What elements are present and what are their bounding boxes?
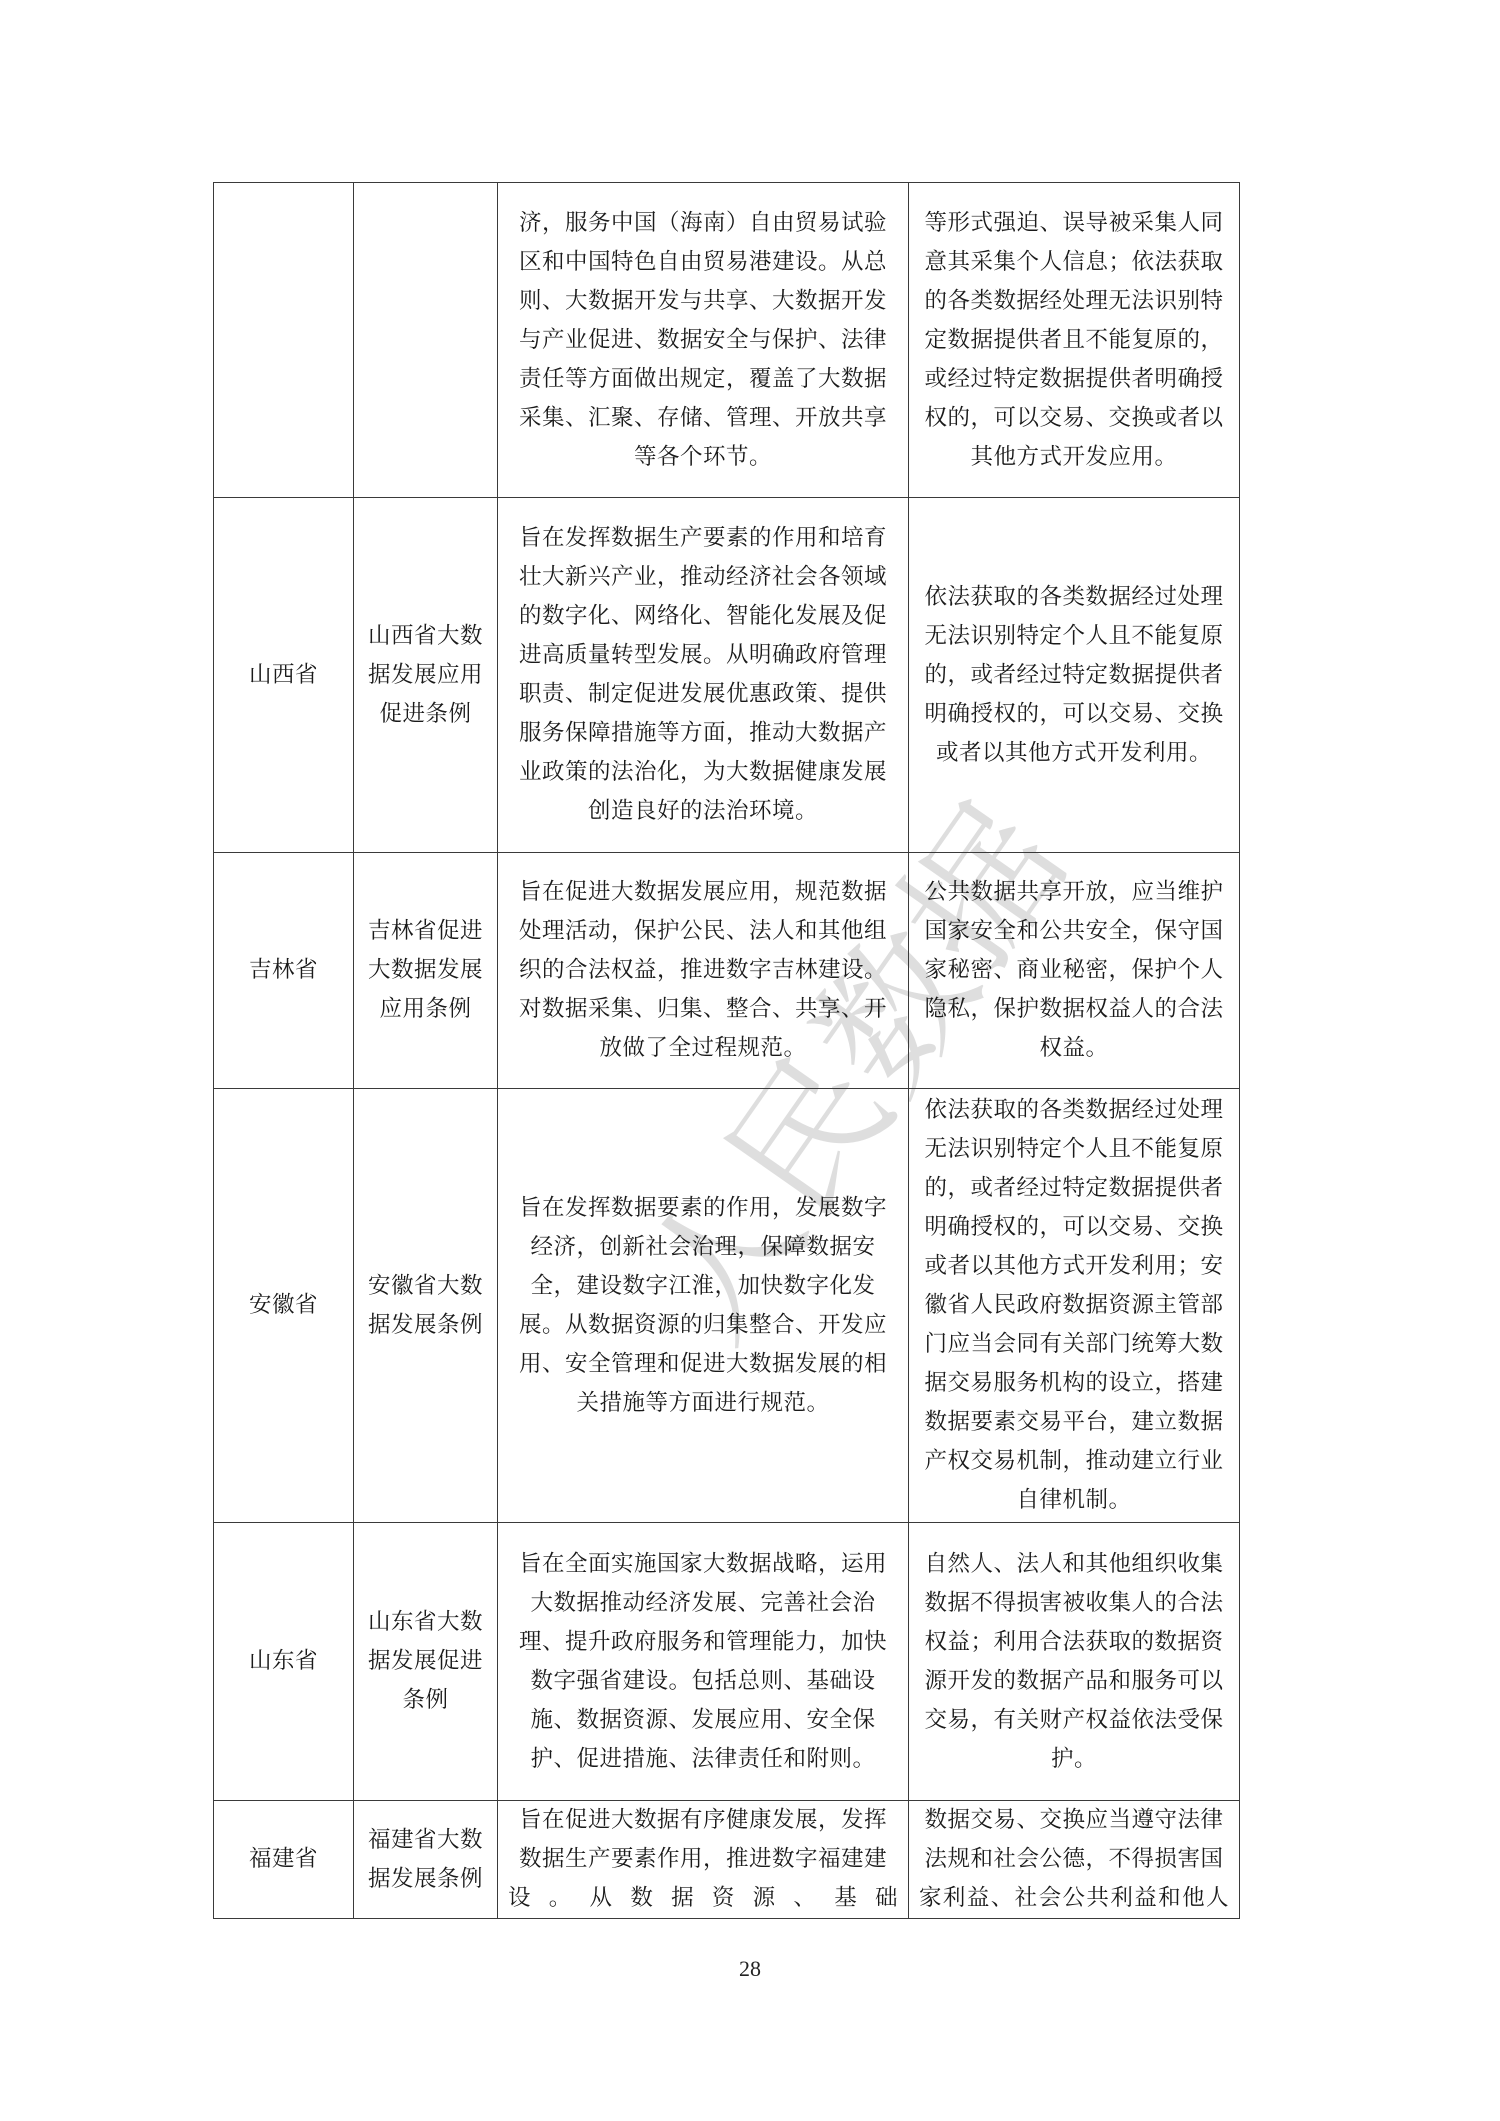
summary-cell: 旨在全面实施国家大数据战略，运用大数据推动经济发展、完善社会治理、提升政府服务和… (498, 1523, 909, 1801)
province-cell: 吉林省 (214, 853, 354, 1089)
summary-cell: 旨在促进大数据有序健康发展，发挥数据生产要素作用，推进数字福建建设。从数据资源、… (498, 1801, 909, 1919)
document-page: 人民数据 济，服务中国（海南）自由贸易试验区和中国特色自由贸易港建设。从总则、大… (0, 0, 1500, 2121)
province-cell: 山东省 (214, 1523, 354, 1801)
table-row: 安徽省 安徽省大数据发展条例 旨在发挥数据要素的作用，发展数字经济，创新社会治理… (214, 1089, 1240, 1523)
law-name-cell: 山西省大数据发展应用促进条例 (354, 498, 498, 853)
table-row: 济，服务中国（海南）自由贸易试验区和中国特色自由贸易港建设。从总则、大数据开发与… (214, 183, 1240, 498)
summary-cell: 旨在发挥数据生产要素的作用和培育壮大新兴产业，推动经济社会各领域的数字化、网络化… (498, 498, 909, 853)
table-row: 山东省 山东省大数据发展促进条例 旨在全面实施国家大数据战略，运用大数据推动经济… (214, 1523, 1240, 1801)
table-row: 福建省 福建省大数据发展条例 旨在促进大数据有序健康发展，发挥数据生产要素作用，… (214, 1801, 1240, 1919)
summary-cell: 旨在发挥数据要素的作用，发展数字经济，创新社会治理，保障数据安全，建设数字江淮，… (498, 1089, 909, 1523)
law-name-cell: 福建省大数据发展条例 (354, 1801, 498, 1919)
province-cell: 山西省 (214, 498, 354, 853)
trade-rules-cell: 依法获取的各类数据经过处理无法识别特定个人且不能复原的，或者经过特定数据提供者明… (909, 1089, 1240, 1523)
province-cell (214, 183, 354, 498)
summary-cell: 旨在促进大数据发展应用，规范数据处理活动，保护公民、法人和其他组织的合法权益，推… (498, 853, 909, 1089)
trade-rules-cell: 公共数据共享开放，应当维护国家安全和公共安全，保守国家秘密、商业秘密，保护个人隐… (909, 853, 1240, 1089)
province-cell: 安徽省 (214, 1089, 354, 1523)
trade-rules-cell: 数据交易、交换应当遵守法律法规和社会公德，不得损害国家利益、社会公共利益和他人 (909, 1801, 1240, 1919)
province-cell: 福建省 (214, 1801, 354, 1919)
trade-rules-cell: 依法获取的各类数据经过处理无法识别特定个人且不能复原的，或者经过特定数据提供者明… (909, 498, 1240, 853)
trade-rules-cell: 自然人、法人和其他组织收集数据不得损害被收集人的合法权益；利用合法获取的数据资源… (909, 1523, 1240, 1801)
table-row: 吉林省 吉林省促进大数据发展应用条例 旨在促进大数据发展应用，规范数据处理活动，… (214, 853, 1240, 1089)
law-name-cell: 安徽省大数据发展条例 (354, 1089, 498, 1523)
table-row: 山西省 山西省大数据发展应用促进条例 旨在发挥数据生产要素的作用和培育壮大新兴产… (214, 498, 1240, 853)
summary-cell: 济，服务中国（海南）自由贸易试验区和中国特色自由贸易港建设。从总则、大数据开发与… (498, 183, 909, 498)
page-number: 28 (700, 1956, 800, 1982)
law-name-cell (354, 183, 498, 498)
trade-rules-cell: 等形式强迫、误导被采集人同意其采集个人信息；依法获取的各类数据经处理无法识别特定… (909, 183, 1240, 498)
law-name-cell: 吉林省促进大数据发展应用条例 (354, 853, 498, 1089)
big-data-regulations-table: 济，服务中国（海南）自由贸易试验区和中国特色自由贸易港建设。从总则、大数据开发与… (213, 182, 1240, 1919)
law-name-cell: 山东省大数据发展促进条例 (354, 1523, 498, 1801)
